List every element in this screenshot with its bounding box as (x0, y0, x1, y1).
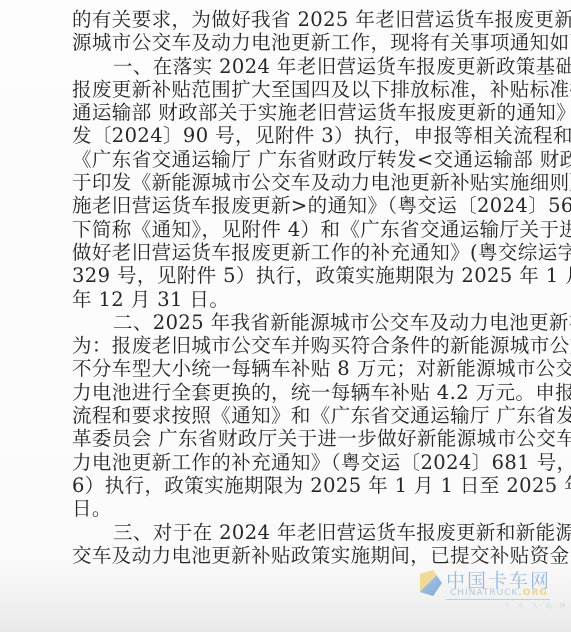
text-line: 源城市公交车及动力电池更新工作，现将有关事项通知如下. (72, 31, 502, 54)
text-line: 于印发《新能源城市公交车及动力电池更新补贴实施细则》和实 (72, 171, 502, 194)
text-line: 不分车型大小统一每辆车补贴 8 万元；对新能源城市公交车辆动 (72, 357, 502, 380)
text-line: 流程和要求按照《通知》和《广东省交通运输厅 广东省发展和改 (72, 404, 502, 427)
section-heading-2: 二、2025 年我省新能源城市公交车及动力电池更新补贴标准 (72, 311, 502, 334)
watermark-domain: CHINATRUCK.ORG (450, 588, 548, 598)
section-heading-1: 一、在落实 2024 年老旧营运货车报废更新政策基础上，将 (72, 55, 502, 78)
text-line: 日。 (72, 497, 502, 520)
watermark-logo-icon (420, 570, 442, 596)
watermark-domain-suffix: .ORG (518, 588, 547, 598)
text-line: 交车及动力电池更新补贴政策实施期间，已提交补贴资金申请作 (72, 544, 502, 567)
text-line: 革委员会 广东省财政厅关于进一步做好新能源城市公交车及动 (72, 427, 502, 450)
text-line: 年 12 月 31 日。 (72, 288, 502, 311)
text-line: 力电池进行全套更换的，统一每辆车补贴 4.2 万元。申报等相关 (72, 381, 502, 404)
text-line: 通运输部 财政部关于实施老旧营运货车报废更新的通知》（交规 (72, 101, 502, 124)
text-line: 6）执行，政策实施期限为 2025 年 1 月 1 日至 2025 年 12 月… (72, 474, 502, 497)
watermark-domain-name: CHINATRUCK (450, 588, 518, 598)
section-heading-3: 三、对于在 2024 年老旧营运货车报废更新和新能源城市公 (72, 521, 502, 544)
text-line: 下简称《通知》，见附件 4）和《广东省交通运输厅关于进一步 (72, 218, 502, 241)
text-line: 329 号，见附件 5）执行，政策实施期限为 2025 年 1 月 1 日至 2… (72, 264, 502, 287)
text-line: 发〔2024〕90 号，见附件 3）执行，申报等相关流程和要求按照 (72, 124, 502, 147)
document-page: 的有关要求，为做好我省 2025 年老旧营运货车报废更新和新能 源城市公交车及动… (0, 0, 571, 632)
text-line: 《广东省交通运输厅 广东省财政厅转发<交通运输部 财政部关 (72, 148, 502, 171)
watermark-divider (446, 599, 550, 600)
text-line: 的有关要求，为做好我省 2025 年老旧营运货车报废更新和新能 (72, 8, 502, 31)
text-line: 做好老旧营运货车报废更新工作的补充通知》(粤交综运字〔2024〕 (72, 241, 502, 264)
text-line: 力电池更新工作的补充通知》（粤交运〔2024〕681 号，见附件 (72, 451, 502, 474)
text-line: 施老旧营运货车报废更新>的通知》（粤交运〔2024〕561 号，以 (72, 194, 502, 217)
watermark: 中国卡车网 CHINATRUCK.ORG 卡 车 人 的 网 络 朋 友 (420, 566, 550, 610)
document-body: 的有关要求，为做好我省 2025 年老旧营运货车报废更新和新能 源城市公交车及动… (72, 8, 502, 567)
text-line: 报废更新补贴范围扩大至国四及以下排放标准，补贴标准按照《交 (72, 78, 502, 101)
watermark-tagline: 卡 车 人 的 网 络 朋 友 (504, 601, 571, 610)
text-line: 为：报废老旧城市公交车并购买符合条件的新能源城市公交车， (72, 334, 502, 357)
